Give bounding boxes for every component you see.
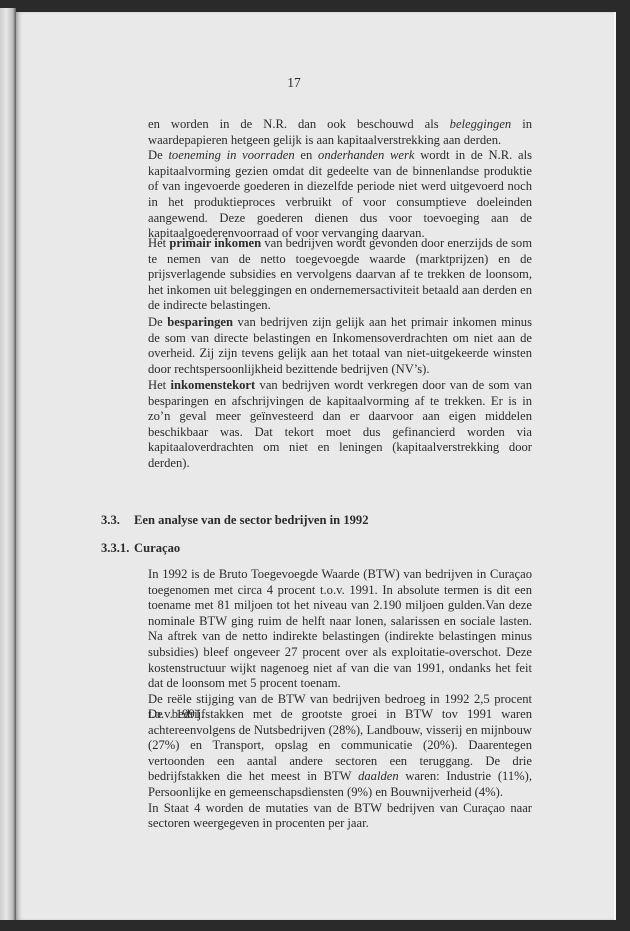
- intro-section: en worden in de N.R. dan ook beschouwd a…: [148, 117, 532, 242]
- page-edge: [614, 12, 616, 920]
- emphasis-daalden: daalden: [358, 769, 399, 783]
- section-number: 3.3.1.: [101, 541, 134, 557]
- curacao-sectors-body: De bedrijfstakken met de grootste groei …: [148, 707, 532, 832]
- scanned-page-view: 17 en worden in de N.R. dan ook beschouw…: [0, 0, 630, 931]
- section-heading-3-3: 3.3.Een analyse van de sector bedrijven …: [101, 513, 369, 529]
- text-run: Het: [148, 378, 171, 392]
- term-primair-inkomen: primair inkomen: [169, 236, 261, 250]
- curacao-section-body: In 1992 is de Bruto Toegevoegde Waarde (…: [148, 567, 532, 723]
- curacao-paragraph-3: De bedrijfstakken met de grootste groei …: [148, 707, 532, 801]
- besparingen-paragraph: De besparingen van bedrijven zijn gelijk…: [148, 315, 532, 377]
- emphasis-toeneming-in-voorraden: toeneming in voorraden: [168, 148, 294, 162]
- section-title: Curaçao: [134, 541, 180, 555]
- intro-paragraph-1: en worden in de N.R. dan ook beschouwd a…: [148, 117, 532, 148]
- text-run: en worden in de N.R. dan ook beschouwd a…: [148, 117, 450, 131]
- term-inkomenstekort: inkomenstekort: [171, 378, 256, 392]
- primair-inkomen-paragraph: Het primair inkomen van bedrijven wordt …: [148, 236, 532, 314]
- binding-edge: [0, 8, 16, 920]
- page-number: 17: [279, 75, 309, 91]
- section-title: Een analyse van de sector bedrijven in 1…: [134, 513, 369, 527]
- inkomenstekort-paragraph: Het inkomenstekort van bedrijven wordt v…: [148, 378, 532, 472]
- term-besparingen: besparingen: [167, 315, 233, 329]
- section-heading-3-3-1: 3.3.1.Curaçao: [101, 541, 180, 557]
- emphasis-onderhanden-werk: onderhanden werk: [318, 148, 414, 162]
- text-run: De: [148, 315, 167, 329]
- emphasis-beleggingen: beleggingen: [450, 117, 512, 131]
- intro-paragraph-2: De toeneming in voorraden en onderhanden…: [148, 148, 532, 242]
- text-run: Het: [148, 236, 169, 250]
- text-run: De: [148, 148, 168, 162]
- section-number: 3.3.: [101, 513, 134, 529]
- curacao-paragraph-4: In Staat 4 worden de mutaties van de BTW…: [148, 801, 532, 832]
- text-run: en: [295, 148, 318, 162]
- curacao-paragraph-1: In 1992 is de Bruto Toegevoegde Waarde (…: [148, 567, 532, 692]
